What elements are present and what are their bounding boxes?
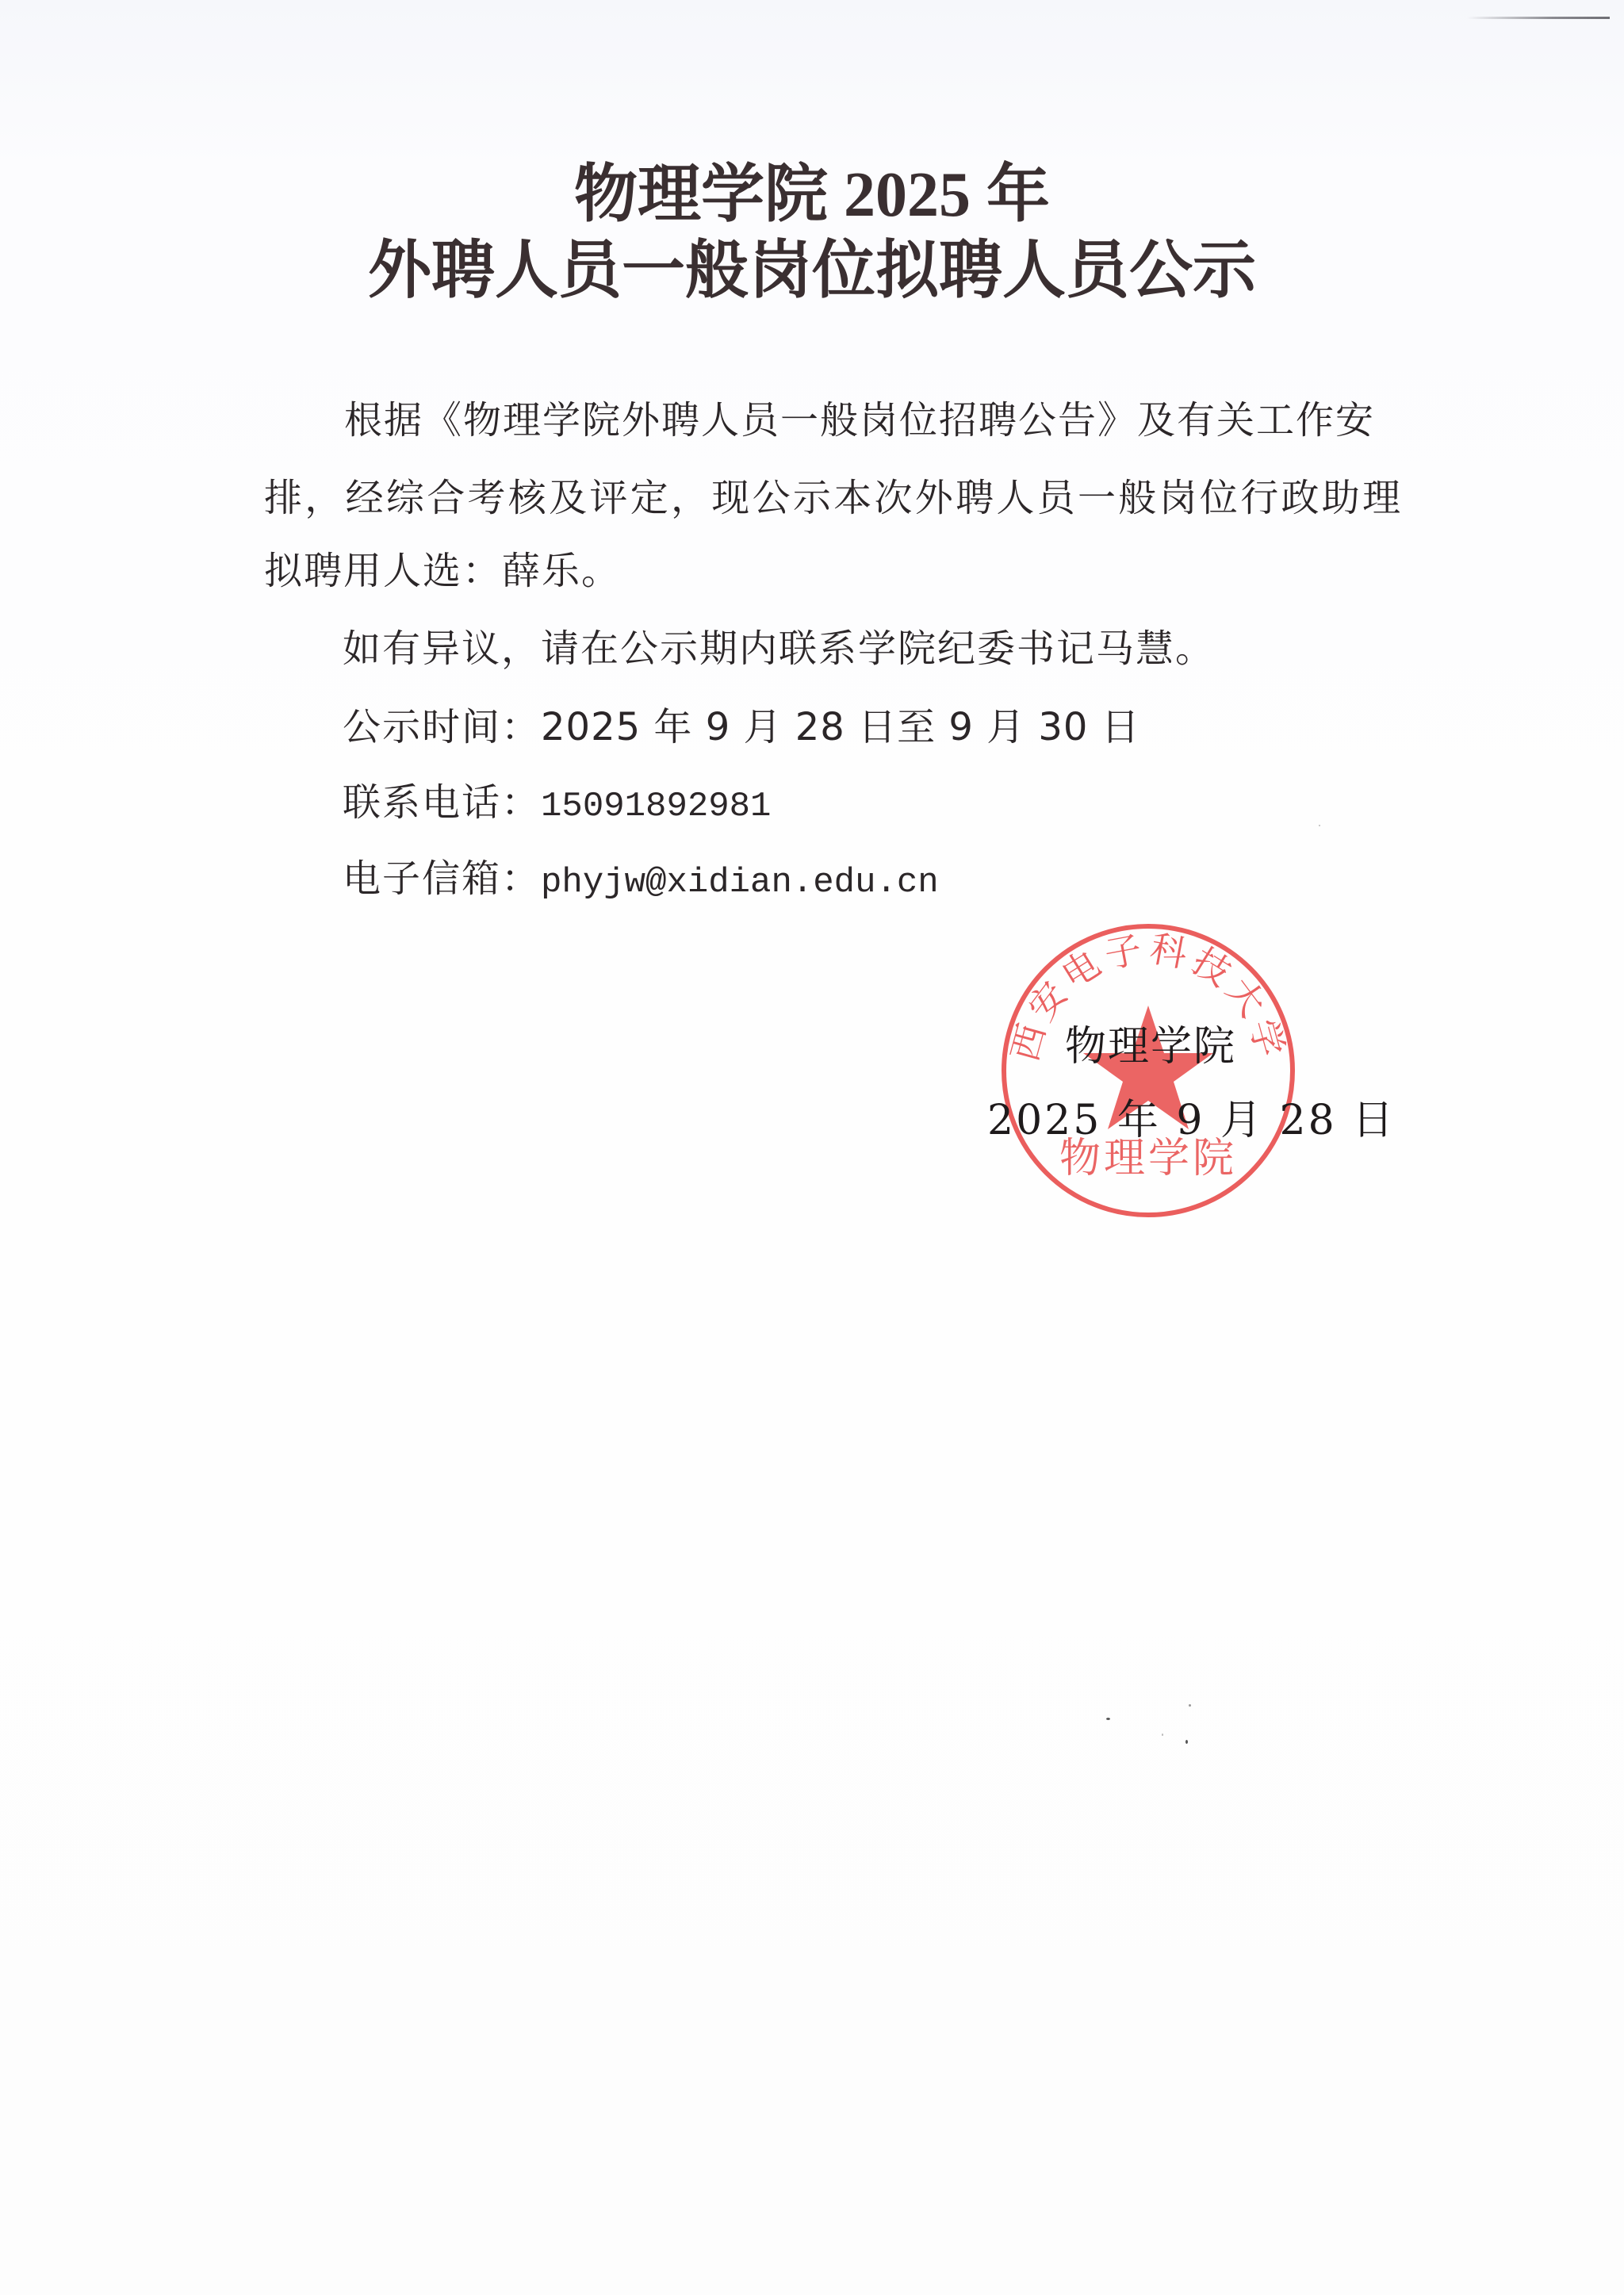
official-seal: 西安电子科技大学 物理学院 <box>998 920 1299 1221</box>
contact-phone-label: 联系电话： <box>343 780 541 825</box>
publicity-period-row: 公示时间：2025 年 9 月 28 日至 9 月 30 日 <box>343 703 1140 751</box>
scan-speck <box>1319 825 1320 826</box>
document-title-line-1: 物理学院 2025 年 <box>0 155 1624 235</box>
scan-speck <box>1106 1718 1110 1720</box>
scan-speck <box>1189 1704 1191 1707</box>
contact-phone-value: 15091892981 <box>541 787 771 826</box>
publicity-period-label: 公示时间： <box>343 705 541 749</box>
scan-speck <box>1162 1734 1163 1736</box>
email-value: phyjw@xidian.edu.cn <box>541 863 939 902</box>
email-row: 电子信箱：phyjw@xidian.edu.cn <box>343 855 939 906</box>
document-page: 物理学院 2025 年 外聘人员一般岗位拟聘人员公示 根据《物理学院外聘人员一般… <box>0 0 1624 2295</box>
objection-notice: 如有异议，请在公示期内联系学院纪委书记马慧。 <box>343 625 1215 672</box>
signature-date: 2025 年 9 月 28 日 <box>987 1097 1396 1144</box>
scan-speck <box>1185 1740 1188 1744</box>
signature-organization: 物理学院 <box>1065 1023 1236 1071</box>
paragraph-1-line-1: 根据《物理学院外聘人员一般岗位招聘公告》及有关工作安 <box>344 397 1388 444</box>
email-label: 电子信箱： <box>343 856 541 901</box>
document-title-line-2: 外聘人员一般岗位拟聘人员公示 <box>0 232 1624 311</box>
contact-phone-row: 联系电话：15091892981 <box>343 779 771 830</box>
scan-edge-artifact <box>1467 17 1610 19</box>
paragraph-1-line-2: 排，经综合考核及评定，现公示本次外聘人员一般岗位行政助理 <box>264 474 1388 522</box>
paragraph-1-line-3: 拟聘用人选：薛乐。 <box>264 547 621 595</box>
publicity-period-value: 2025 年 9 月 28 日至 9 月 30 日 <box>541 705 1140 749</box>
